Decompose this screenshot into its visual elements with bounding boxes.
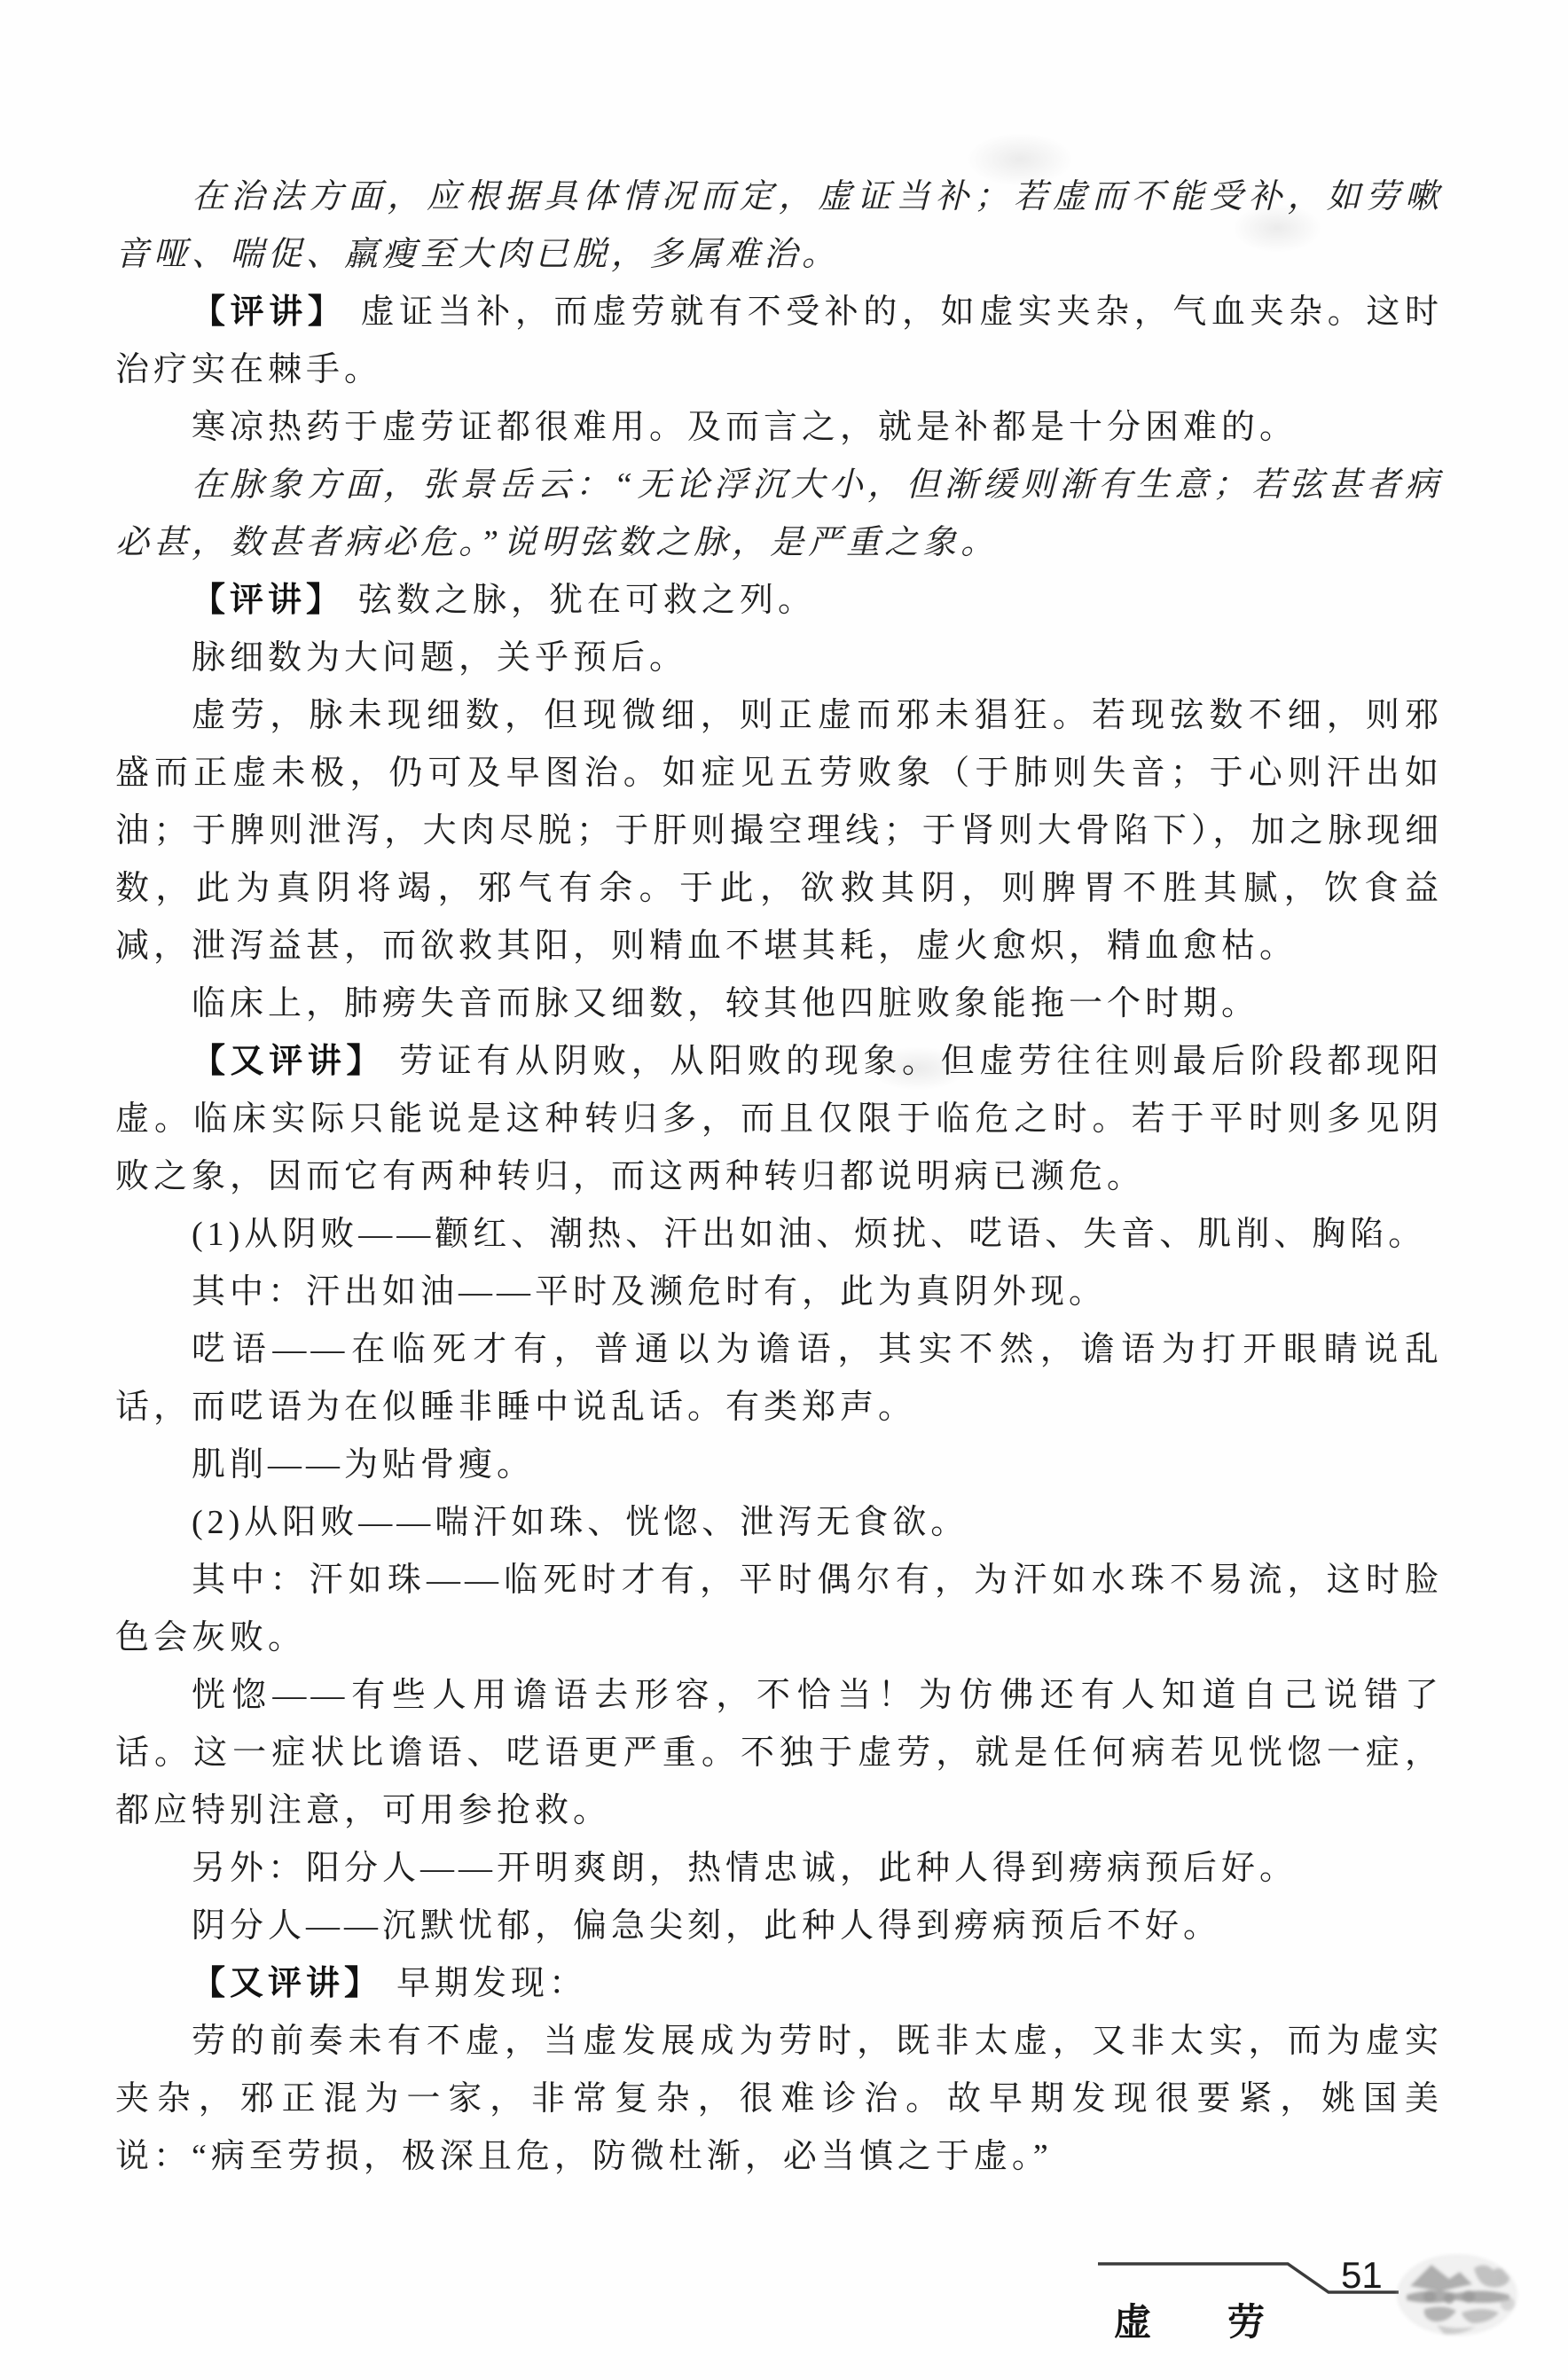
paragraph-text: 弦数之脉，犹在可救之列。 [358,582,816,619]
paragraph-text: 肌削——为贴骨瘦。 [192,1446,535,1484]
commentary-paragraph: 虚劳，脉未现细数，但现微细，则正虚而邪未猖狂。若现弦数不细，则邪盛而正虚未极，仍… [115,687,1443,975]
comment-label: 【评讲】 [192,582,344,619]
paragraph-text: 阴分人——沉默忧郁，偏急尖刻，此种人得到痨病预后不好。 [192,1907,1221,1945]
paragraph-text: 寒凉热药于虚劳证都很难用。及而言之，就是补都是十分困难的。 [192,409,1298,446]
commentary-paragraph: 另外：阳分人——开明爽朗，热情忠诚，此种人得到痨病预后好。 [115,1840,1443,1898]
footer-section-title: 虚劳 [1114,2293,1341,2346]
commentary-paragraph: 肌削——为贴骨瘦。 [115,1437,1443,1494]
comment-label: 【评讲】 [192,294,346,331]
commentary-paragraph: 【又评讲】劳证有从阴败，从阳败的现象。但虚劳往往则最后阶段都现阳虚。临床实际只能… [115,1033,1443,1206]
commentary-paragraph: 其中：汗如珠——临死时才有，平时偶尔有，为汗如水珠不易流，这时脸色会灰败。 [115,1552,1443,1667]
paragraph-text: 虚劳，脉未现细数，但现微细，则正虚而邪未猖狂。若现弦数不细，则邪盛而正虚未极，仍… [115,697,1443,965]
paragraph-text: 其中：汗出如油——平时及濒危时有，此为真阴外现。 [192,1273,1107,1311]
paragraph-text: 早期发现： [396,1965,587,2002]
commentary-paragraph: 呓语——在临死才有，普通以为谵语，其实不然，谵语为打开眼睛说乱话，而呓语为在似睡… [115,1321,1443,1437]
commentary-paragraph: 【评讲】虚证当补，而虚劳就有不受补的，如虚实夹杂，气血夹杂。这时治疗实在棘手。 [115,284,1443,399]
paragraph-text: 劳的前奏未有不虚，当虚发展成为劳时，既非太虚，又非太实，而为虚实夹杂，邪正混为一… [115,2023,1443,2175]
comment-label: 【又评讲】 [192,1043,385,1080]
paragraph-text: 脉细数为大问题，关乎预后。 [192,639,687,677]
paragraph-text: (1)从阴败——颧红、潮热、汗出如油、烦扰、呓语、失音、肌削、胸陷。 [192,1216,1426,1253]
page-number: 51 [1341,2254,1383,2297]
commentary-paragraph: 脉细数为大问题，关乎预后。 [115,630,1443,687]
paragraph-text: 临床上，肺痨失音而脉又细数，较其他四脏败象能拖一个时期。 [192,985,1259,1022]
commentary-paragraph: 恍惚——有些人用谵语去形容，不恰当！为仿佛还有人知道自己说错了话。这一症状比谵语… [115,1667,1443,1840]
paragraph-text: 在脉象方面，张景岳云：“无论浮沉大小，但渐缓则渐有生意；若弦甚者病必甚，数甚者病… [115,466,1443,561]
commentary-paragraph: 劳的前奏未有不虚，当虚发展成为劳时，既非太虚，又非太实，而为虚实夹杂，邪正混为一… [115,2013,1443,2186]
paragraph-text: 恍惚——有些人用谵语去形容，不恰当！为仿佛还有人知道自己说错了话。这一症状比谵语… [115,1677,1443,1829]
source-paragraph: 在治法方面，应根据具体情况而定，虚证当补；若虚而不能受补，如劳嗽音哑、喘促、羸瘦… [115,168,1443,284]
commentary-paragraph: (2)从阳败——喘汗如珠、恍惚、泄泻无食欲。 [115,1494,1443,1552]
page-body-text: 在治法方面，应根据具体情况而定，虚证当补；若虚而不能受补，如劳嗽音哑、喘促、羸瘦… [115,168,1443,2186]
commentary-paragraph: 寒凉热药于虚劳证都很难用。及而言之，就是补都是十分困难的。 [115,399,1443,457]
source-paragraph: 在脉象方面，张景岳云：“无论浮沉大小，但渐缓则渐有生意；若弦甚者病必甚，数甚者病… [115,457,1443,572]
commentary-paragraph: 阴分人——沉默忧郁，偏急尖刻，此种人得到痨病预后不好。 [115,1898,1443,1955]
seal-stamp-icon [1394,2252,1520,2337]
commentary-paragraph: 临床上，肺痨失音而脉又细数，较其他四脏败象能拖一个时期。 [115,975,1443,1033]
paragraph-text: 呓语——在临死才有，普通以为谵语，其实不然，谵语为打开眼睛说乱话，而呓语为在似睡… [115,1331,1443,1426]
comment-label: 【又评讲】 [192,1965,382,2002]
book-page: 在治法方面，应根据具体情况而定，虚证当补；若虚而不能受补，如劳嗽音哑、喘促、羸瘦… [0,0,1568,2380]
paragraph-text: 另外：阳分人——开明爽朗，热情忠诚，此种人得到痨病预后好。 [192,1850,1298,1887]
paragraph-text: 其中：汗如珠——临死时才有，平时偶尔有，为汗如水珠不易流，这时脸色会灰败。 [115,1562,1443,1656]
commentary-paragraph: 【又评讲】早期发现： [115,1955,1443,2013]
commentary-paragraph: 其中：汗出如油——平时及濒危时有，此为真阴外现。 [115,1264,1443,1321]
paragraph-text: 在治法方面，应根据具体情况而定，虚证当补；若虚而不能受补，如劳嗽音哑、喘促、羸瘦… [115,178,1443,273]
commentary-paragraph: 【评讲】弦数之脉，犹在可救之列。 [115,572,1443,630]
paragraph-text: (2)从阳败——喘汗如珠、恍惚、泄泻无食欲。 [192,1504,968,1541]
commentary-paragraph: (1)从阴败——颧红、潮热、汗出如油、烦扰、呓语、失音、肌削、胸陷。 [115,1206,1443,1264]
